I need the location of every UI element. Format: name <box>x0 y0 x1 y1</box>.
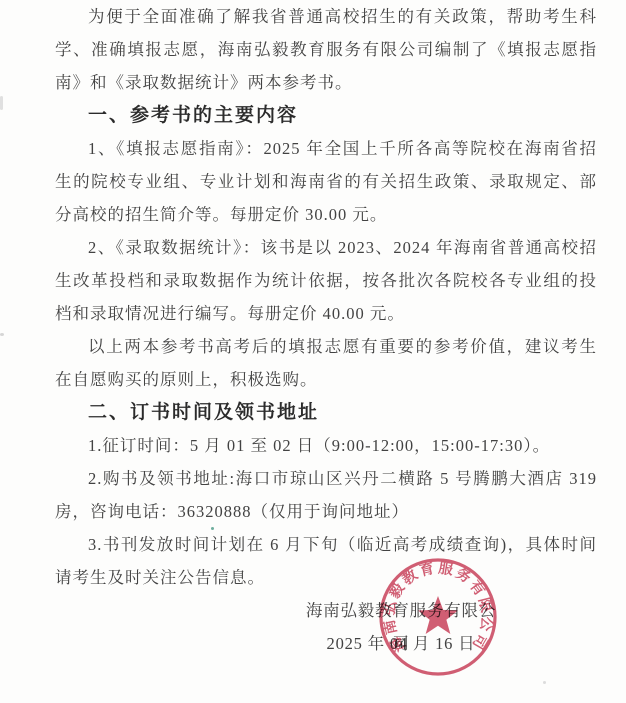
scan-artifact <box>0 96 3 110</box>
section2-heading: 二、订书时间及领书地址 <box>55 396 597 429</box>
item2-line-1: 2、《录取数据统计》：该书是以 2023、2024 年海南省普通高校招 <box>55 231 597 264</box>
item2-line-3: 档和录取情况进行编写。每册定价 40.00 元。 <box>55 297 597 330</box>
item1-line-3: 分高校的招生简介等。每册定价 30.00 元。 <box>55 198 597 231</box>
intro-line-1: 为便于全面准确了解我省普通高校招生的有关政策，帮助考生科 <box>55 0 597 33</box>
note-line-2: 在自愿购买的原则上，积极选购。 <box>55 363 597 396</box>
intro-line-3: 南》和《录取数据统计》两本参考书。 <box>55 66 597 99</box>
document-body: 为便于全面准确了解我省普通高校招生的有关政策，帮助考生科 学、准确填报志愿，海南… <box>55 0 597 660</box>
intro-line-2: 学、准确填报志愿，海南弘毅教育服务有限公司编制了《填报志愿指 <box>55 33 597 66</box>
item2-line-2: 生改革投档和录取数据作为统计依据，按各批次各院校各专业组的投 <box>55 264 597 297</box>
note-line-1: 以上两本参考书高考后的填报志愿有重要的参考价值，建议考生 <box>55 330 597 363</box>
item1-line-2: 生的院校专业组、专业计划和海南省的有关招生政策、录取规定、部 <box>55 165 597 198</box>
scan-artifact <box>211 527 214 530</box>
release-line-2: 请考生及时关注公告信息。 <box>55 561 597 594</box>
address-line-2: 房，咨询电话：36320888（仅用于询问地址） <box>55 495 597 528</box>
scan-artifact <box>543 681 546 684</box>
seal-star-icon <box>418 596 458 634</box>
scan-artifact <box>0 333 4 336</box>
section1-heading: 一、参考书的主要内容 <box>55 99 597 132</box>
document-page: 为便于全面准确了解我省普通高校招生的有关政策，帮助考生科 学、准确填报志愿，海南… <box>0 0 626 703</box>
release-line-1: 3.书刊发放时间计划在 6 月下旬（临近高考成绩查询)，具体时间 <box>55 528 597 561</box>
item1-line-1: 1、《填报志愿指南》：2025 年全国上千所各高等院校在海南省招 <box>55 132 597 165</box>
order-time-line: 1.征订时间：5 月 01 至 02 日（9:00-12:00，15:00-17… <box>55 429 597 462</box>
company-seal: 海南弘毅教育服务有限公司 <box>363 542 513 692</box>
address-line-1: 2.购书及领书地址:海口市琼山区兴丹二横路 5 号腾鹏大酒店 319 <box>55 462 597 495</box>
